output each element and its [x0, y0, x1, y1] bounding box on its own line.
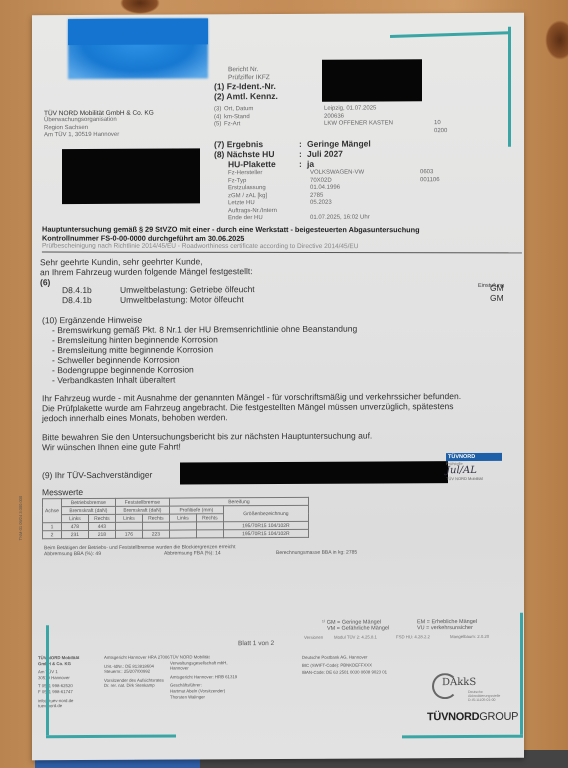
messwerte-table: Achse Betriebsbremse Feststellbremse Ber…	[42, 497, 309, 539]
footer-col-3: TÜV NORD MobilitätVerwaltungsgesellschaf…	[170, 654, 237, 700]
field-extra: 10	[434, 120, 441, 128]
result-value: Geringe Mängel	[307, 139, 371, 149]
frame-corner	[402, 735, 523, 739]
defect-row: D8.4.1b Umweltbelastung: Motor ölfeucht …	[40, 293, 510, 305]
vehicle-block: Fz-HerstellerVOLKSWAGEN-VW0603 Fz-Typ70X…	[228, 169, 518, 223]
form-code: TNM-01 09/24 3.000.000	[18, 496, 24, 541]
vehicle-id-redacted	[322, 59, 422, 102]
issuer-line: Am TÜV 1, 30519 Hannover	[44, 132, 154, 140]
paragraph-line: Wir wünschen Ihnen eine gute Fahrt!	[42, 440, 512, 452]
wood-knot	[120, 0, 160, 14]
vehicle-extra: 0603	[420, 169, 433, 177]
issuer-block: TÜV NORD Mobilität GmbH & Co. KG Überwac…	[44, 110, 154, 140]
field-number: (3)	[214, 106, 224, 114]
messwerte-title: Messwerte	[42, 487, 83, 497]
messwerte-table-wrap: Achse Betriebsbremse Feststellbremse Ber…	[42, 497, 309, 539]
result-row: HU-Plakette : ja	[214, 158, 514, 170]
sub-header: Profiltiefe (mm)	[169, 506, 223, 514]
closing-text: Ihr Fahrzeug wurde - mit Ausnahme der ge…	[42, 391, 512, 452]
vehicle-extra: 001106	[420, 177, 440, 185]
result-block: (7) Ergebnis : Geringe Mängel (8) Nächst…	[214, 138, 514, 170]
hint-item: - Verbandkasten Inhalt überaltert	[42, 373, 502, 385]
defect-code: D8.4.1b	[40, 285, 120, 295]
col-header: Links	[115, 514, 142, 522]
wood-knot	[545, 20, 568, 60]
footer-col-4: Deutsche Postbank AG, Hannover BIC (SWIF…	[302, 653, 387, 676]
field-number: (4)	[214, 114, 224, 122]
sub-header: Bremskraft (daN)	[61, 506, 115, 514]
inspection-report-page: TÜV NORD Mobilität GmbH & Co. KG Überwac…	[32, 13, 524, 761]
col-header: Rechts	[142, 514, 169, 522]
defects-section: Sehr geehrte Kundin, sehr geehrter Kunde…	[40, 255, 510, 305]
inspector-stamp: TÜVNORD Prüfstelle Jul/AL TÜV NORD Mobil…	[446, 453, 502, 493]
small-fields: (3) Ort, Datum Leipzig, 01.07.2025 (4) k…	[214, 105, 514, 137]
footer-col-2: Amtsgericht Hannover HRA 27006 USt.-IdNr…	[104, 655, 170, 689]
defect-grade: GM	[490, 293, 510, 303]
footer-col-1: TÜV NORD MobilitätGmbH & Co. KG Am TÜV 1…	[38, 655, 79, 709]
next-hu-label: (8) Nächste HU	[214, 149, 299, 159]
abbremsung-fba: Abbremsung FBA (%): 14	[164, 550, 276, 557]
frame-corner	[390, 31, 510, 38]
sub-header: Größenbezeichnung	[223, 505, 308, 521]
divider	[42, 252, 522, 254]
frame-corner	[46, 735, 176, 739]
dakks-name: DAkkS	[442, 677, 476, 688]
group-header: Feststellbremse	[115, 498, 169, 506]
field-extra: 0200	[434, 128, 447, 136]
field-number: (5)	[214, 121, 224, 129]
col-header: Achse	[43, 499, 62, 523]
hints-section: (10) Ergänzende Hinweise - Bremswirkung …	[42, 313, 502, 385]
title-directive: Prüfbescheinigung nach Richtlinie 2014/4…	[42, 243, 522, 252]
report-title: Hauptuntersuchung gemäß § 29 StVZO mit e…	[42, 226, 522, 254]
vehicle-row: Ende der HU01.07.2025, 16:02 Uhr	[228, 214, 518, 223]
vehicle-value: 01.07.2025, 16:02 Uhr	[310, 214, 420, 222]
abbremsung-bba: Abbremsung BBA (%): 49	[44, 551, 164, 558]
logo-blurred	[68, 18, 208, 45]
vehicle-label: Ende der HU	[228, 215, 310, 223]
col-header: Links	[61, 514, 88, 522]
col-header: Links	[169, 514, 196, 522]
grade-legend: ¹⁾ GM = Geringe MängelEM = Erhebliche Mä…	[322, 619, 512, 632]
next-hu-value: Juli 2027	[307, 149, 343, 159]
col-header: Rechts	[88, 514, 115, 522]
versions-line: Versionen Modul TÜV 2: 4.25.8.1 FSD HU: …	[304, 634, 514, 641]
tuev-nord-group-logo: TÜVNORDGROUP	[427, 711, 518, 723]
plakette-label: HU-Plakette	[214, 159, 299, 169]
plakette-value: ja	[307, 159, 314, 169]
page-indicator: Blatt 1 von 2	[238, 640, 274, 647]
inspector-name-redacted	[180, 461, 448, 484]
defect-text: Umweltbelastung: Motor ölfeucht	[120, 293, 490, 305]
col-header: Rechts	[196, 514, 223, 522]
stamp-footer: TÜV NORD Mobilität	[446, 476, 502, 481]
signature: Jul/AL	[446, 466, 502, 476]
result-label: (7) Ergebnis	[214, 139, 299, 149]
frame-corner	[520, 613, 523, 735]
sub-header: Bremskraft (daN)	[115, 506, 169, 514]
defect-code: D8.4.1b	[40, 295, 120, 305]
frame-corner	[46, 625, 49, 735]
table-row: 2 231 218 176 223 195/70R15 104/102R	[43, 529, 309, 538]
inspector-label: (9) Ihr TÜV-Sachverständiger	[42, 470, 152, 481]
recipient-address-redacted	[62, 148, 200, 204]
einstufung-header: Einstufung	[478, 283, 504, 289]
small-field-row: 0200	[214, 127, 514, 136]
messwerte-note: Beim Betätigen der Betriebs- und Festste…	[44, 543, 484, 557]
berechnungsmasse: Berechnungsmasse BBA in kg: 2785	[276, 550, 357, 556]
